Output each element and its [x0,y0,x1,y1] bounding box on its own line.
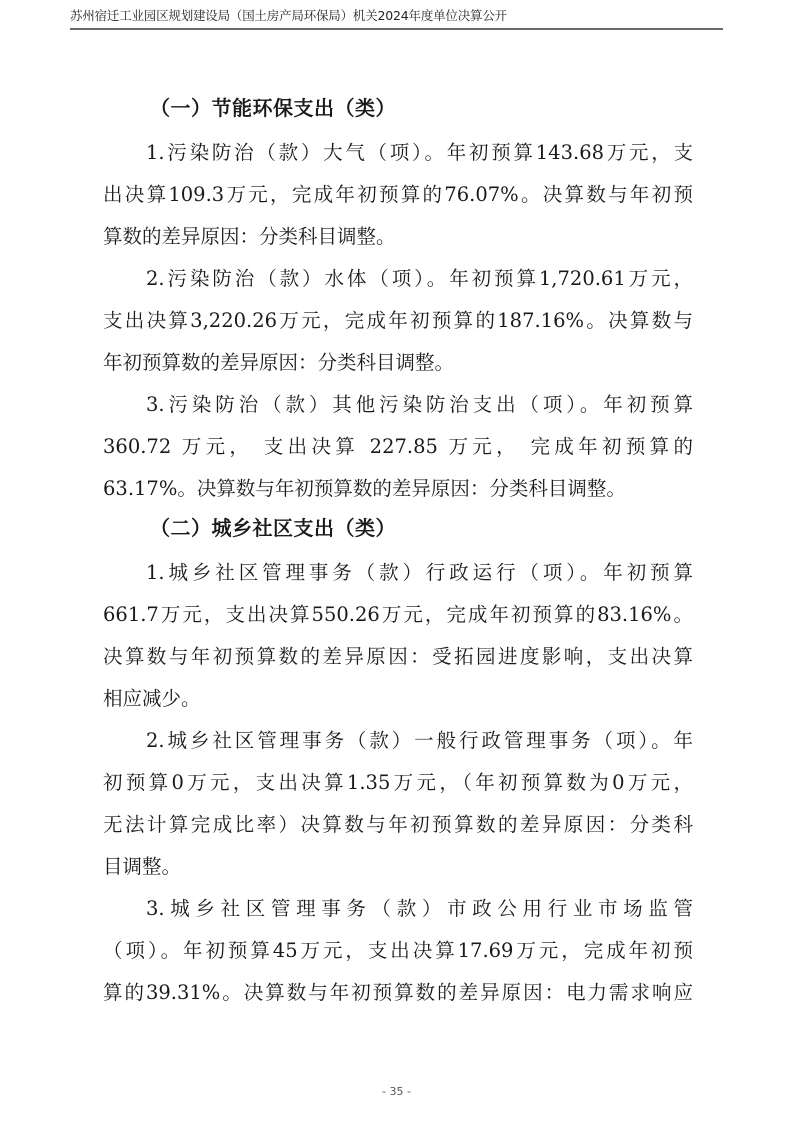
paragraph-line: 1.污染防治（款）大气（项）。年初预算143.68万元，支 [146,141,693,165]
paragraph-line: 无法计算完成比率）决算数与年初预算数的差异原因：分类科 [103,813,693,837]
paragraph-line: 算数的差异原因：分类科目调整。 [103,225,693,249]
document-header-title: 苏州宿迁工业园区规划建设局（国土房产局环保局）机关2024年度单位决算公开 [70,8,723,24]
section-heading-energy-environment: （一）节能环保支出（类） [150,96,396,120]
paragraph-line: 年初预算数的差异原因：分类科目调整。 [103,351,693,375]
section-heading-urban-rural: （二）城乡社区支出（类） [150,516,396,540]
paragraph-line: 相应减少。 [103,687,693,711]
paragraph-line: 出决算109.3万元，完成年初预算的76.07%。决算数与年初预 [103,183,693,207]
paragraph-line: 360.72 万元， 支出决算 227.85 万元， 完成年初预算的 [103,435,693,459]
page-number: - 35 - [0,1085,793,1098]
header-divider [70,28,723,30]
paragraph-line: 63.17%。决算数与年初预算数的差异原因：分类科目调整。 [103,477,693,501]
paragraph-line: 1.城乡社区管理事务（款）行政运行（项）。年初预算 [146,561,693,585]
paragraph-line: 3.污染防治（款）其他污染防治支出（项）。年初预算 [146,393,693,417]
paragraph-line: 支出决算3,220.26万元，完成年初预算的187.16%。决算数与 [103,309,693,333]
page-header: 苏州宿迁工业园区规划建设局（国土房产局环保局）机关2024年度单位决算公开 [70,8,723,24]
paragraph-line: 算的39.31%。决算数与年初预算数的差异原因：电力需求响应 [103,981,693,1005]
paragraph-line: 初预算0万元，支出决算1.35万元，（年初预算数为0万元， [103,771,693,795]
paragraph-line: 目调整。 [103,855,693,879]
paragraph-line: （项）。年初预算45万元，支出决算17.69万元，完成年初预 [103,939,693,963]
paragraph-line: 2.城乡社区管理事务（款）一般行政管理事务（项）。年 [146,729,693,753]
paragraph-line: 决算数与年初预算数的差异原因：受拓园进度影响，支出决算 [103,645,693,669]
paragraph-line: 3.城乡社区管理事务（款）市政公用行业市场监管 [146,897,693,921]
paragraph-line: 2.污染防治（款）水体（项）。年初预算1,720.61万元， [146,267,693,291]
paragraph-line: 661.7万元，支出决算550.26万元，完成年初预算的83.16%。 [103,603,693,627]
